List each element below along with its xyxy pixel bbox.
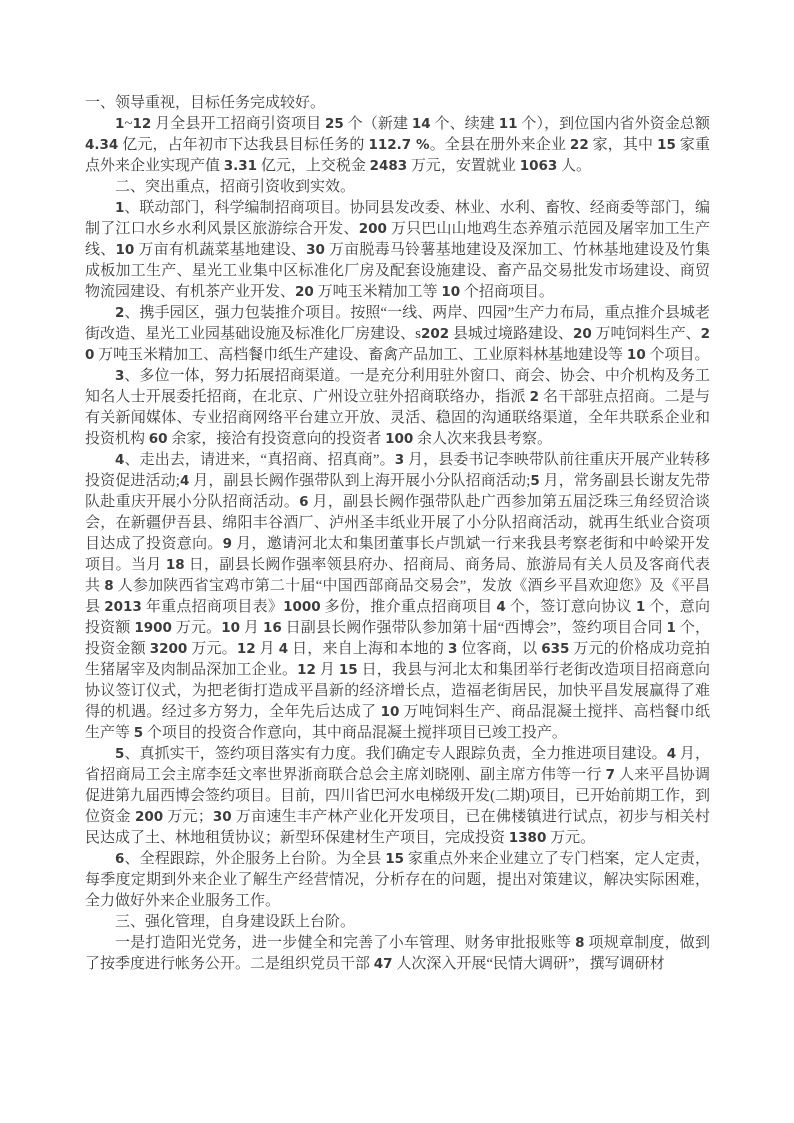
paragraph: 三、强化管理，自身建设跃上台阶。 [85, 912, 710, 933]
document-page: 一、领导重视，目标任务完成较好。1~12 月全县开工招商引资项目 25 个（新建… [0, 0, 794, 1123]
paragraph: 3、多位一体，努力拓展招商渠道。一是充分利用驻外窗口、商会、协会、中介机构及务工… [85, 366, 710, 450]
paragraph: 一、领导重视，目标任务完成较好。 [85, 93, 710, 114]
document-body: 一、领导重视，目标任务完成较好。1~12 月全县开工招商引资项目 25 个（新建… [85, 93, 710, 975]
paragraph: 二、突出重点，招商引资收到实效。 [85, 177, 710, 198]
paragraph: 2、携手园区，强力包装推介项目。按照“一线、两岸、四园”生产力布局，重点推介县城… [85, 303, 710, 366]
paragraph: 一是打造阳光党务，进一步健全和完善了小车管理、财务审批报账等 8 项规章制度，做… [85, 933, 710, 975]
paragraph: 6、全程跟踪，外企服务上台阶。为全县 15 家重点外来企业建立了专门档案，定人定… [85, 849, 710, 912]
paragraph: 5、真抓实干，签约项目落实有力度。我们确定专人跟踪负责，全力推进项目建设。4 月… [85, 744, 710, 849]
paragraph: 4、走出去，请进来，“真招商、招真商”。3 月，县委书记李映带队前往重庆开展产业… [85, 450, 710, 744]
paragraph: 1~12 月全县开工招商引资项目 25 个（新建 14 个、续建 11 个），到… [85, 114, 710, 177]
paragraph: 1、联动部门，科学编制招商项目。协同县发改委、林业、水利、畜牧、经商委等部门，编… [85, 198, 710, 303]
